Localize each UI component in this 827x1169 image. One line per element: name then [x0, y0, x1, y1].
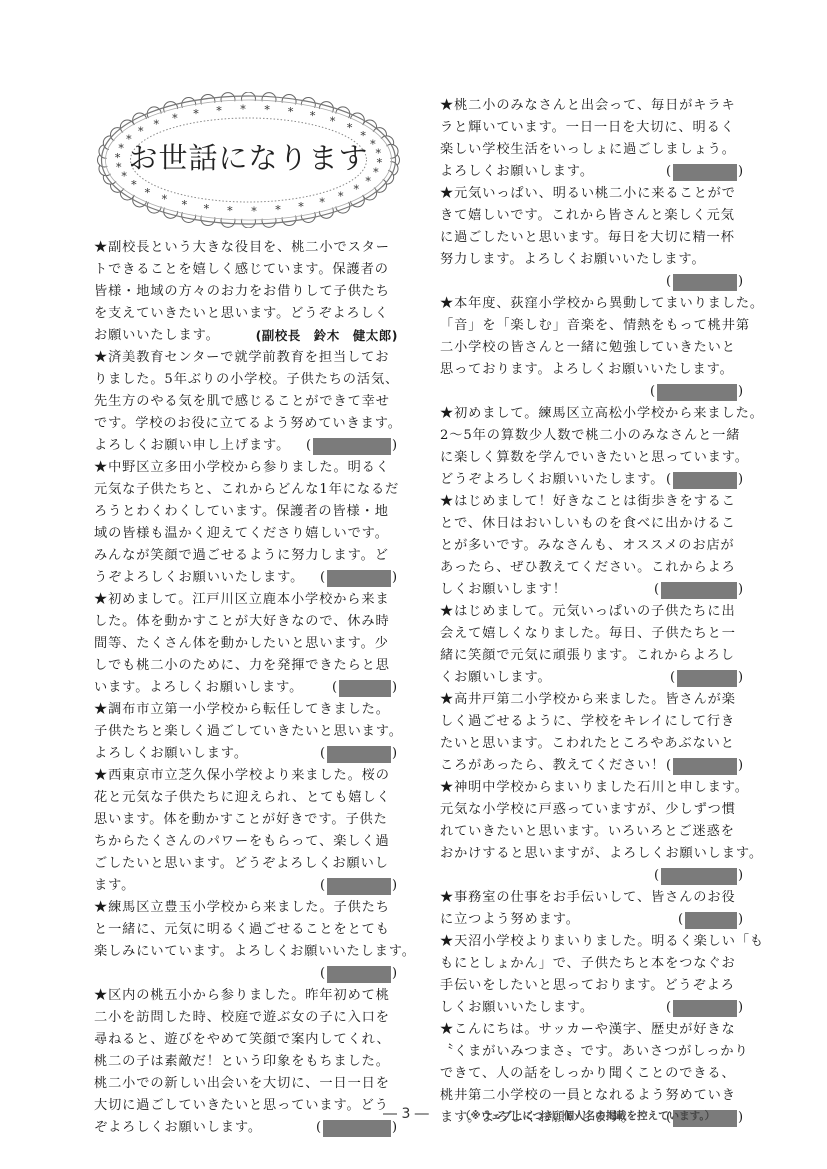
line-text: 桃井第二小学校の一員となれるよう努めていき [440, 1088, 736, 1103]
line-text: 〝くまがいみつまさ〟です。あいさつがしっかり [440, 1044, 749, 1059]
text-line: 〝くまがいみつまさ〟です。あいさつがしっかり [440, 1041, 744, 1063]
text-line: ろうとわくわくしています。保護者の皆様・地 [94, 501, 398, 523]
greeting-entry: ★桃二小のみなさんと出会って、毎日がキラキラと輝いています。一日一日を大切に、明… [440, 95, 744, 183]
line-text: りました。5年ぶりの小学校。子供たちの活気、 [94, 372, 399, 387]
author-name: (副校長 鈴木 健太郎) [256, 325, 398, 347]
line-text: うぞよろしくお願いいたします。 [94, 570, 304, 585]
text-line: しくお願いいたします。() [440, 997, 744, 1019]
author-signature: () [666, 271, 744, 293]
title-banner: ********************************** お世話にな… [97, 92, 400, 228]
text-line: 2～5年の算数少人数で桃二小のみなさんと一緒 [440, 425, 744, 447]
text-line: 間等、たくさん体を動かしたいと思います。少 [94, 633, 398, 655]
greeting-entry: ★初めまして。練馬区立高松小学校から来ました。2～5年の算数少人数で桃二小のみな… [440, 403, 744, 491]
text-line: お願いいたします。(副校長 鈴木 健太郎) [94, 325, 398, 347]
line-text: ちからたくさんのパワーをもらって、楽しく過 [94, 834, 390, 849]
redacted-name [673, 758, 737, 775]
line-text: しく過ごせるように、学校をキレイにして行き [440, 714, 735, 729]
text-line: () [440, 381, 744, 403]
line-text: ごしたいと思います。どうぞよろしくお願いし [94, 856, 389, 871]
line-text: ★天沼小学校よりまいりました。明るく楽しい「も [440, 934, 764, 949]
greeting-entry: ★副校長という大きな役目を、桃二小でスタートできることを嬉しく感じています。保護… [94, 237, 398, 347]
svg-text:*: * [193, 107, 199, 120]
line-text: しでも桃二小のために、力を発揮できたらと思 [94, 658, 390, 673]
line-text: 楽しみにいています。よろしくお願いいたします。 [94, 944, 416, 959]
text-line: ます。() [94, 875, 398, 897]
greeting-entry: ★神明中学校からまいりました石川と申します。元気な小学校に戸惑っていますが、少し… [440, 777, 744, 887]
line-text: ★神明中学校からまいりました石川と申します。 [440, 780, 749, 795]
text-line: ラと輝いています。一日一日を大切に、明るく [440, 117, 744, 139]
line-text: ★初めまして。練馬区立高松小学校から来ました。 [440, 406, 764, 421]
right-column: ★桃二小のみなさんと出会って、毎日がキラキラと輝いています。一日一日を大切に、明… [440, 95, 744, 1129]
line-text: した。体を動かすことが大好きなので、休み時 [94, 614, 390, 629]
text-line: を支えていきたいと思います。どうぞよろしく [94, 303, 398, 325]
text-line: 皆様・地域の方々のお力をお借りして子供たち [94, 281, 398, 303]
text-line: ★初めまして。江戸川区立鹿本小学校から来ま [94, 589, 398, 611]
redacted-name [673, 164, 737, 181]
text-line: います。よろしくお願いします。() [94, 677, 398, 699]
author-signature: (副校長 鈴木 健太郎) [256, 325, 398, 347]
text-line: どうぞよろしくお願いいたします。() [440, 469, 744, 491]
greeting-entry: ★元気いっぱい、明るい桃二小に来ることができて嬉しいです。これから皆さんと楽しく… [440, 183, 744, 293]
text-line: した。体を動かすことが大好きなので、休み時 [94, 611, 398, 633]
text-line: です。学校のお役に立てるよう努めていきます。 [94, 413, 398, 435]
text-line: 「音」を「楽しむ」音楽を、情熱をもって桃井第 [440, 315, 744, 337]
text-line: 会えて嬉しくなりました。毎日、子供たちと一 [440, 623, 744, 645]
redacted-name [685, 912, 737, 929]
line-text: 思います。体を動かすことが好きです。子供た [94, 812, 388, 827]
greeting-entry: ★西東京市立芝久保小学校より来ました。桜の花と元気な子供たちに迎えられ、とても嬉… [94, 765, 398, 897]
text-line: ★本年度、荻窪小学校から異動してまいりました。 [440, 293, 744, 315]
svg-text:*: * [131, 179, 137, 192]
line-text: とが多いです。みなさんも、オススメのお店が [440, 538, 735, 553]
line-text: 皆様・地域の方々のお力をお借りして子供たち [94, 284, 390, 299]
redacted-name [327, 966, 391, 983]
text-line: よろしくお願いします。() [94, 743, 398, 765]
line-text: 手伝いをしたいと思っております。どうぞよろ [440, 978, 735, 993]
line-text: よろしくお願いします。 [440, 164, 594, 179]
text-line: と一緒に、元気に明るく過ごせることをとても [94, 919, 398, 941]
text-line: ★天沼小学校よりまいりました。明るく楽しい「も [440, 931, 744, 953]
line-text: どうぞよろしくお願いいたします。 [440, 472, 664, 487]
greeting-entry: ★はじめまして！好きなことは街歩きをすることで、休日はおいしいものを食べに出かけ… [440, 491, 744, 601]
text-line: 尋ねると、遊びをやめて笑顔で案内してくれ、 [94, 1029, 398, 1051]
redacted-name [313, 438, 391, 455]
page-title: お世話になります [97, 136, 400, 177]
line-text: よろしくお願い申し上げます。 [94, 438, 290, 453]
line-text: とで、休日はおいしいものを食べに出かけるこ [440, 516, 736, 531]
text-line: 手伝いをしたいと思っております。どうぞよろ [440, 975, 744, 997]
line-text: 二小学校の皆さんと一緒に勉強していきたいと [440, 340, 736, 355]
text-line: 域の皆様も温かく迎えてくださり嬉しいです。 [94, 523, 398, 545]
redacted-name [677, 670, 737, 687]
text-line: ★桃二小のみなさんと出会って、毎日がキラキ [440, 95, 744, 117]
text-line: 桃二の子は素敵だ！という印象をもちました。 [94, 1051, 398, 1073]
text-line: あったら、ぜひ教えてください。これからよろ [440, 557, 744, 579]
line-text: ラと輝いています。一日一日を大切に、明るく [440, 120, 735, 135]
redacted-name [339, 680, 391, 697]
text-line: ★はじめまして！好きなことは街歩きをするこ [440, 491, 744, 513]
redacted-name [657, 384, 737, 401]
line-text: できて、人の話をしっかり聞くことのできる、 [440, 1066, 736, 1081]
text-line: うぞよろしくお願いいたします。() [94, 567, 398, 589]
line-text: ★済美教育センターで就学前教育を担当してお [94, 350, 389, 365]
text-line: ★調布市立第一小学校から転任してきました。 [94, 699, 398, 721]
line-text: お願いいたします。 [94, 328, 220, 343]
text-line: ちからたくさんのパワーをもらって、楽しく過 [94, 831, 398, 853]
text-line: ★元気いっぱい、明るい桃二小に来ることがで [440, 183, 744, 205]
author-signature: () [332, 677, 398, 699]
line-text: よろしくお願いします。 [94, 746, 248, 761]
line-text: に立つよう努めます。 [440, 912, 580, 927]
svg-text:*: * [240, 103, 246, 116]
text-line: ★はじめまして。元気いっぱいの子供たちに出 [440, 601, 744, 623]
svg-text:*: * [288, 106, 294, 119]
text-line: たいと思います。こわれたところやあぶないと [440, 733, 744, 755]
author-signature: () [320, 567, 398, 589]
svg-text:*: * [298, 201, 304, 214]
greeting-entry: ★初めまして。江戸川区立鹿本小学校から来ました。体を動かすことが大好きなので、休… [94, 589, 398, 699]
text-line: ★こんにちは。サッカーや漢字、歴史が好きな [440, 1019, 744, 1041]
text-line: トできることを嬉しく感じています。保護者の [94, 259, 398, 281]
text-line: くお願いします。() [440, 667, 744, 689]
line-text: ろうとわくわくしています。保護者の皆様・地 [94, 504, 389, 519]
line-text: ★こんにちは。サッカーや漢字、歴史が好きな [440, 1022, 736, 1037]
text-line: もにとしょかん」で、子供たちと本をつなぐお [440, 953, 744, 975]
line-text: に楽しく算数を学んでいきたいと思っています。 [440, 450, 749, 465]
text-line: よろしくお願い申し上げます。() [94, 435, 398, 457]
line-text: 努力します。よろしくお願いいたします。 [440, 252, 706, 267]
greeting-entry: ★練馬区立豊玉小学校から来ました。子供たちと一緒に、元気に明るく過ごせることをと… [94, 897, 398, 985]
svg-text:*: * [153, 118, 159, 131]
text-line: に立つよう努めます。() [440, 909, 744, 931]
text-line: ★西東京市立芝久保小学校より来ました。桜の [94, 765, 398, 787]
line-text: ★元気いっぱい、明るい桃二小に来ることがで [440, 186, 736, 201]
redacted-name [327, 746, 391, 763]
text-line: ★練馬区立豊玉小学校から来ました。子供たち [94, 897, 398, 919]
line-text: れていきたいと思います。いろいろとご迷惑を [440, 824, 735, 839]
line-text: 二小を訪問した時、校庭で遊ぶ女の子に入口を [94, 1010, 390, 1025]
greeting-entry: ★天沼小学校よりまいりました。明るく楽しい「ももにとしょかん」で、子供たちと本を… [440, 931, 744, 1019]
author-signature: () [654, 865, 744, 887]
text-line: 元気な小学校に戸惑っていますが、少しずつ慣 [440, 799, 744, 821]
text-line: ★中野区立多田小学校から参りました。明るく [94, 457, 398, 479]
redacted-name [661, 582, 737, 599]
text-line: りました。5年ぶりの小学校。子供たちの活気、 [94, 369, 398, 391]
text-line: おかけすると思いますが、よろしくお願いします。 [440, 843, 744, 865]
text-line: 桃二小での新しい出会いを大切に、一日一日を [94, 1073, 398, 1095]
author-signature: () [320, 963, 398, 985]
line-text: 尋ねると、遊びをやめて笑顔で案内してくれ、 [94, 1032, 391, 1047]
line-text: 思っております。よろしくお願いいたします。 [440, 362, 734, 377]
line-text: ★初めまして。江戸川区立鹿本小学校から来ま [94, 592, 390, 607]
text-line: 二小学校の皆さんと一緒に勉強していきたいと [440, 337, 744, 359]
author-signature: () [678, 909, 744, 931]
line-text: に過ごしたいと思います。毎日を大切に精一杯 [440, 230, 735, 245]
text-line: ★副校長という大きな役目を、桃二小でスター [94, 237, 398, 259]
redacted-name [673, 274, 737, 291]
privacy-note: （※ウェブ上につき、個人名の掲載を控えています。） [460, 1108, 715, 1123]
text-line: 元気な子供たちと、これからどんな1年になるだ [94, 479, 398, 501]
text-line: ★神明中学校からまいりました石川と申します。 [440, 777, 744, 799]
author-signature: () [670, 667, 744, 689]
author-signature: () [666, 469, 744, 491]
line-text: ★調布市立第一小学校から転任してきました。 [94, 702, 390, 717]
text-line: () [94, 963, 398, 985]
line-text: 子供たちと楽しく過ごしていきたいと思います。 [94, 724, 403, 739]
text-line: 花と元気な子供たちに迎えられ、とても嬉しく [94, 787, 398, 809]
svg-text:*: * [145, 186, 151, 199]
greeting-entry: ★済美教育センターで就学前教育を担当しておりました。5年ぶりの小学校。子供たちの… [94, 347, 398, 457]
text-line: 楽しい学校生活をいっしょに過ごしましょう。 [440, 139, 744, 161]
text-line: きて嬉しいです。これから皆さんと楽しく元気 [440, 205, 744, 227]
text-line: 先生方のやる気を肌で感じることができて幸せ [94, 391, 398, 413]
text-line: ★区内の桃五小から参りました。昨年初めて桃 [94, 985, 398, 1007]
text-line: とで、休日はおいしいものを食べに出かけるこ [440, 513, 744, 535]
text-line: () [440, 271, 744, 293]
text-line: ごしたいと思います。どうぞよろしくお願いし [94, 853, 398, 875]
text-line: よろしくお願いします。() [440, 161, 744, 183]
text-line: ころがあったら、教えてください！() [440, 755, 744, 777]
line-text: です。学校のお役に立てるよう努めていきます。 [94, 416, 402, 431]
line-text: ★練馬区立豊玉小学校から来ました。子供たち [94, 900, 390, 915]
author-signature: () [666, 161, 744, 183]
text-line: しく過ごせるように、学校をキレイにして行き [440, 711, 744, 733]
svg-text:*: * [275, 204, 281, 217]
line-text: ★桃二小のみなさんと出会って、毎日がキラキ [440, 98, 736, 113]
line-text: あったら、ぜひ教えてください。これからよろ [440, 560, 736, 575]
svg-text:*: * [251, 205, 257, 218]
line-text: ★はじめまして。元気いっぱいの子供たちに出 [440, 604, 736, 619]
redacted-name [673, 1000, 737, 1017]
svg-text:*: * [182, 198, 188, 211]
svg-text:*: * [264, 104, 270, 117]
svg-text:*: * [172, 112, 178, 125]
line-text: 桃二小での新しい出会いを大切に、一日一日を [94, 1076, 390, 1091]
line-text: しくお願いいたします。 [440, 1000, 594, 1015]
author-signature: () [320, 743, 398, 765]
greeting-entry: ★はじめまして。元気いっぱいの子供たちに出会えて嬉しくなりました。毎日、子供たち… [440, 601, 744, 689]
line-text: おかけすると思いますが、よろしくお願いします。 [440, 846, 763, 861]
line-text: ★高井戸第二小学校から来ました。皆さんが楽 [440, 692, 736, 707]
line-text: と一緒に、元気に明るく過ごせることをとても [94, 922, 390, 937]
text-line: ★初めまして。練馬区立高松小学校から来ました。 [440, 403, 744, 425]
author-signature: () [306, 435, 398, 457]
text-line: 努力します。よろしくお願いいたします。 [440, 249, 744, 271]
text-line: () [440, 865, 744, 887]
text-line: しでも桃二小のために、力を発揮できたらと思 [94, 655, 398, 677]
line-text: 間等、たくさん体を動かしたいと思います。少 [94, 636, 389, 651]
greeting-entry: ★調布市立第一小学校から転任してきました。子供たちと楽しく過ごしていきたいと思い… [94, 699, 398, 765]
line-text: 元気な子供たちと、これからどんな1年になるだ [94, 482, 399, 497]
svg-text:*: * [216, 104, 222, 117]
line-text: ★西東京市立芝久保小学校より来ました。桜の [94, 768, 390, 783]
line-text: ★区内の桃五小から参りました。昨年初めて桃 [94, 988, 390, 1003]
line-text: 花と元気な子供たちに迎えられ、とても嬉しく [94, 790, 391, 805]
line-text: ころがあったら、教えてください！ [440, 758, 665, 773]
svg-text:*: * [162, 193, 168, 206]
line-text: 先生方のやる気を肌で感じることができて幸せ [94, 394, 390, 409]
text-line: 子供たちと楽しく過ごしていきたいと思います。 [94, 721, 398, 743]
text-line: 緒に笑顔で元気に頑張ります。これからよろし [440, 645, 744, 667]
line-text: ★本年度、荻窪小学校から異動してまいりました。 [440, 296, 764, 311]
text-line: 桃井第二小学校の一員となれるよう努めていき [440, 1085, 744, 1107]
line-text: ます。 [94, 878, 135, 893]
line-text: みんなが笑顔で過ごせるように努力します。ど [94, 548, 389, 563]
greeting-entry: ★中野区立多田小学校から参りました。明るく元気な子供たちと、これからどんな1年に… [94, 457, 398, 589]
redacted-name [327, 570, 391, 587]
line-text: トできることを嬉しく感じています。保護者の [94, 262, 389, 277]
line-text: しくお願いします！ [440, 582, 567, 597]
left-column: ★副校長という大きな役目を、桃二小でスタートできることを嬉しく感じています。保護… [94, 237, 398, 1139]
author-signature: () [666, 755, 744, 777]
line-text: 域の皆様も温かく迎えてくださり嬉しいです。 [94, 526, 389, 541]
text-line: できて、人の話をしっかり聞くことのできる、 [440, 1063, 744, 1085]
line-text: 2～5年の算数少人数で桃二小のみなさんと一緒 [440, 428, 740, 443]
text-line: れていきたいと思います。いろいろとご迷惑を [440, 821, 744, 843]
author-signature: () [650, 381, 744, 403]
line-text: 会えて嬉しくなりました。毎日、子供たちと一 [440, 626, 736, 641]
text-line: しくお願いします！() [440, 579, 744, 601]
svg-text:*: * [330, 115, 336, 128]
page-number: ― 3 ― [383, 1106, 429, 1122]
svg-text:*: * [347, 122, 353, 135]
text-line: 思っております。よろしくお願いいたします。 [440, 359, 744, 381]
line-text: たいと思います。こわれたところやあぶないと [440, 736, 735, 751]
svg-text:*: * [319, 196, 325, 209]
line-text: ★事務室の仕事をお手伝いして、皆さんのお役 [440, 890, 736, 905]
text-line: 楽しみにいています。よろしくお願いいたします。 [94, 941, 398, 963]
text-line: ★高井戸第二小学校から来ました。皆さんが楽 [440, 689, 744, 711]
svg-text:*: * [354, 183, 360, 196]
line-text: 緒に笑顔で元気に頑張ります。これからよろし [440, 648, 735, 663]
greeting-entry: ★高井戸第二小学校から来ました。皆さんが楽しく過ごせるように、学校をキレイにして… [440, 689, 744, 777]
line-text: 楽しい学校生活をいっしょに過ごしましょう。 [440, 142, 736, 157]
line-text: 元気な小学校に戸惑っていますが、少しずつ慣 [440, 802, 736, 817]
greeting-entry: ★事務室の仕事をお手伝いして、皆さんのお役に立つよう努めます。() [440, 887, 744, 931]
redacted-name [327, 878, 391, 895]
text-line: に楽しく算数を学んでいきたいと思っています。 [440, 447, 744, 469]
author-signature: () [320, 875, 398, 897]
text-line: ★済美教育センターで就学前教育を担当してお [94, 347, 398, 369]
author-signature: () [666, 997, 744, 1019]
author-signature: () [654, 579, 744, 601]
svg-text:*: * [227, 204, 233, 217]
text-line: 二小を訪問した時、校庭で遊ぶ女の子に入口を [94, 1007, 398, 1029]
line-text: ★はじめまして！好きなことは街歩きをするこ [440, 494, 736, 509]
text-line: とが多いです。みなさんも、オススメのお店が [440, 535, 744, 557]
text-line: みんなが笑顔で過ごせるように努力します。ど [94, 545, 398, 567]
svg-text:*: * [204, 202, 210, 215]
line-text: くお願いします。 [440, 670, 552, 685]
svg-text:*: * [338, 190, 344, 203]
text-line: ★事務室の仕事をお手伝いして、皆さんのお役 [440, 887, 744, 909]
greeting-entry: ★本年度、荻窪小学校から異動してまいりました。「音」を「楽しむ」音楽を、情熱をも… [440, 293, 744, 403]
redacted-name [661, 868, 737, 885]
text-line: 思います。体を動かすことが好きです。子供た [94, 809, 398, 831]
line-text: います。よろしくお願いします。 [94, 680, 303, 695]
svg-text:*: * [310, 110, 316, 123]
line-text: を支えていきたいと思います。どうぞよろしく [94, 306, 389, 321]
line-text: きて嬉しいです。これから皆さんと楽しく元気 [440, 208, 735, 223]
text-line: に過ごしたいと思います。毎日を大切に精一杯 [440, 227, 744, 249]
line-text: ★中野区立多田小学校から参りました。明るく [94, 460, 390, 475]
page-footer: ― 3 ― （※ウェブ上につき、個人名の掲載を控えています。） [0, 1106, 827, 1126]
line-text: ★副校長という大きな役目を、桃二小でスター [94, 240, 390, 255]
line-text: もにとしょかん」で、子供たちと本をつなぐお [440, 956, 736, 971]
line-text: 桃二の子は素敵だ！という印象をもちました。 [94, 1054, 390, 1069]
redacted-name [673, 472, 737, 489]
line-text: 「音」を「楽しむ」音楽を、情熱をもって桃井第 [440, 318, 750, 333]
